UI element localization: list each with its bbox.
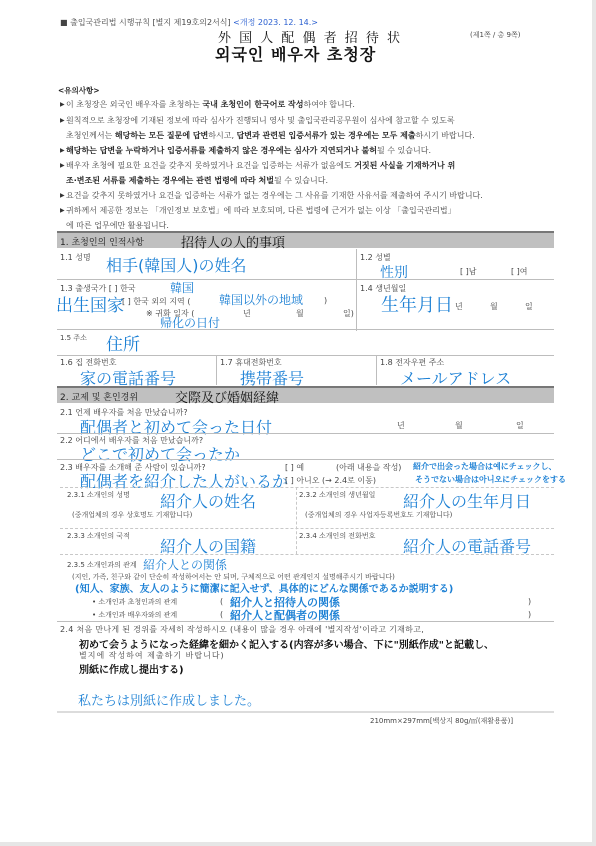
field-2-3-2-annotation[interactable]: 紹介人の生年月日 xyxy=(403,489,531,512)
revision-date: <개정 2023. 12. 14.> xyxy=(233,18,318,27)
page-title: 외국인 배우자 초청장 xyxy=(215,42,376,65)
notice-item-2-line2: 초청인께서는 해당하는 모든 질문에 답변하시고, 답변과 관련된 입증서류가 … xyxy=(66,130,475,141)
introducer-no-checkbox[interactable]: [ ] 아니오 (→ 2.4로 이동) xyxy=(285,475,376,486)
field-1-4-annotation[interactable]: 生年月日 xyxy=(381,291,453,317)
field-2-3-2-label: 2.3.2 소개인의 생년월일 xyxy=(299,490,375,500)
bullet-icon: ▶ xyxy=(60,207,65,214)
divider xyxy=(60,528,554,529)
form-ref-text: ■ 출입국관리법 시행규칙 [별지 제19호의2서식] xyxy=(60,18,231,27)
field-2-3-1-annotation[interactable]: 紹介人の姓名 xyxy=(160,489,256,512)
korea-annotation: 韓国 xyxy=(170,279,194,296)
birth-country-annotation: 出生国家 xyxy=(56,291,124,316)
introducer-yes-checkbox[interactable]: [ ] 예 xyxy=(285,462,304,473)
relation-inviter-label: • 소개인과 초청인과의 관계 xyxy=(92,597,177,607)
field-2-3-4-label: 2.3.4 소개인의 전화번호 xyxy=(299,531,375,541)
section-1-label-ko: 1. 초청인의 인적사항 xyxy=(60,235,144,248)
field-2-4-answer[interactable]: 私たちは別紙に作成しました。 xyxy=(78,690,260,709)
field-1-1-label: 1.1 성명 xyxy=(60,252,91,263)
field-2-4-annotation-2: 別紙に作成し提出する) xyxy=(79,661,184,676)
field-2-3-1-label: 2.3.1 소개인의 성명 xyxy=(67,490,130,500)
gender-male-checkbox[interactable]: [ ]남 xyxy=(460,266,477,277)
field-2-4-annotation-1: 初めて会うようになった経緯を細かく記入する(内容が多い場合、下に"別紙作成"と記… xyxy=(79,636,494,651)
notice-item-3: 해당하는 답변을 누락하거나 입증서류를 제출하지 않은 경우에는 심사가 지연… xyxy=(66,145,431,156)
page-indicator: (제1쪽 / 총 9쪽) xyxy=(470,30,520,40)
field-2-3-1-sub: (중개업체의 경우 상호명도 기재합니다) xyxy=(72,510,192,520)
notice-item-6-line1: 귀하께서 제공한 정보는 「개인정보 보호법」에 따라 보호되며, 다른 법령에… xyxy=(66,205,456,216)
field-1-5-label: 1.5 주소 xyxy=(60,333,87,343)
notice-item-2-line1: 원칙적으로 초청장에 기재된 정보에 따라 심사가 진행되니 영사 및 출입국관… xyxy=(66,115,455,126)
field-2-3-2-sub: (중개업체의 경우 사업자등록번호도 기재합니다) xyxy=(305,510,452,520)
birth-country-other-checkbox[interactable]: [ ] 한국 외의 지역 ( xyxy=(122,296,190,307)
paren-open: ( xyxy=(220,597,223,606)
paper-spec: 210mm×297mm[백상지 80g/㎡(재활용품)] xyxy=(370,716,513,726)
divider xyxy=(60,554,554,555)
relation-spouse-label: • 소개인과 배우자와의 관계 xyxy=(92,610,177,620)
paren-close: ) xyxy=(528,610,531,619)
field-2-3-5-label: 2.3.5 소개인과의 관계 xyxy=(67,560,137,570)
field-2-3-5-sub-annotation: (知人、家族、友人のように簡潔に記入せず、具体的にどんな関係であるか説明する) xyxy=(75,580,453,595)
section-1-label-ja: 招待人の人的事項 xyxy=(181,232,285,251)
section-2-label-ja: 交際及び婚姻経緯 xyxy=(175,387,279,406)
divider xyxy=(57,279,554,280)
bullet-icon: ▶ xyxy=(60,101,65,108)
field-1-1-annotation[interactable]: 相手(韓国人)の姓名 xyxy=(106,253,247,276)
paren-close: ) xyxy=(528,597,531,606)
year-label: 년 xyxy=(243,308,251,319)
field-2-4-label: 2.4 처음 만나게 된 경위를 자세히 작성하시오 (내용이 많을 경우 아래… xyxy=(60,624,424,635)
bullet-icon: ▶ xyxy=(60,147,65,154)
year-label: 년 xyxy=(455,301,463,312)
divider xyxy=(60,487,554,488)
section-2-label-ko: 2. 교제 및 혼인경위 xyxy=(60,390,138,403)
divider xyxy=(57,711,554,713)
check-instruction-2: そうでない場合は아니오にチェックをする xyxy=(415,474,566,485)
field-1-5-annotation[interactable]: 住所 xyxy=(106,330,140,355)
check-instruction-1: 紹介で出会った場合は예にチェックし、 xyxy=(413,461,557,472)
notice-item-5: 요건을 갖추지 못하였거나 요건을 입증하는 서류가 없는 경우에는 그 사유를… xyxy=(66,190,483,201)
divider xyxy=(57,355,554,356)
gender-female-checkbox[interactable]: [ ]여 xyxy=(511,266,528,277)
bullet-icon: ▶ xyxy=(60,192,65,199)
notice-item-6-line2: 에 따른 업무에만 활용됩니다. xyxy=(66,220,169,231)
paren-open: ( xyxy=(220,610,223,619)
month-label: 월 xyxy=(296,308,304,319)
field-2-3-5-annotation: 紹介人との関係 xyxy=(143,556,227,573)
bullet-icon: ▶ xyxy=(60,162,65,169)
year-label: 년 xyxy=(397,420,405,431)
notice-title: <유의사항> xyxy=(58,85,100,96)
document-page: ■ 출입국관리법 시행규칙 [별지 제19호의2서식] <개정 2023. 12… xyxy=(0,0,592,842)
divider xyxy=(356,249,357,331)
field-2-4-label-2: 별지에 작성하여 제출하기 바랍니다) xyxy=(79,650,225,661)
field-2-3-3-label: 2.3.3 소개인의 국적 xyxy=(67,531,130,541)
divider xyxy=(57,459,554,460)
month-label: 월 xyxy=(490,301,498,312)
divider xyxy=(216,355,217,385)
divider xyxy=(57,433,554,434)
bullet-icon: ▶ xyxy=(60,117,65,124)
notice-item-1: 이 초청장은 외국인 배우자를 초청하는 국내 초청인이 한국어로 작성하여야 … xyxy=(66,99,355,110)
yes-hint: (아래 내용을 작성) xyxy=(336,462,401,473)
other-region-annotation: 韓国以外の地域 xyxy=(219,291,303,308)
day-label: 일 xyxy=(525,301,533,312)
notice-item-4-line2: 조·변조된 서류를 제출하는 경우에는 관련 법령에 따라 처벌될 수 있습니다… xyxy=(66,175,328,186)
divider xyxy=(296,487,297,554)
divider xyxy=(57,621,554,622)
month-label: 월 xyxy=(455,420,463,431)
day-label: 일) xyxy=(343,308,354,319)
divider xyxy=(376,355,377,385)
notice-item-4-line1: 배우자 초청에 필요한 요건을 갖추지 못하였거나 요건을 입증하는 서류가 없… xyxy=(66,160,455,171)
paren-close: ) xyxy=(324,296,327,305)
day-label: 일 xyxy=(516,420,524,431)
